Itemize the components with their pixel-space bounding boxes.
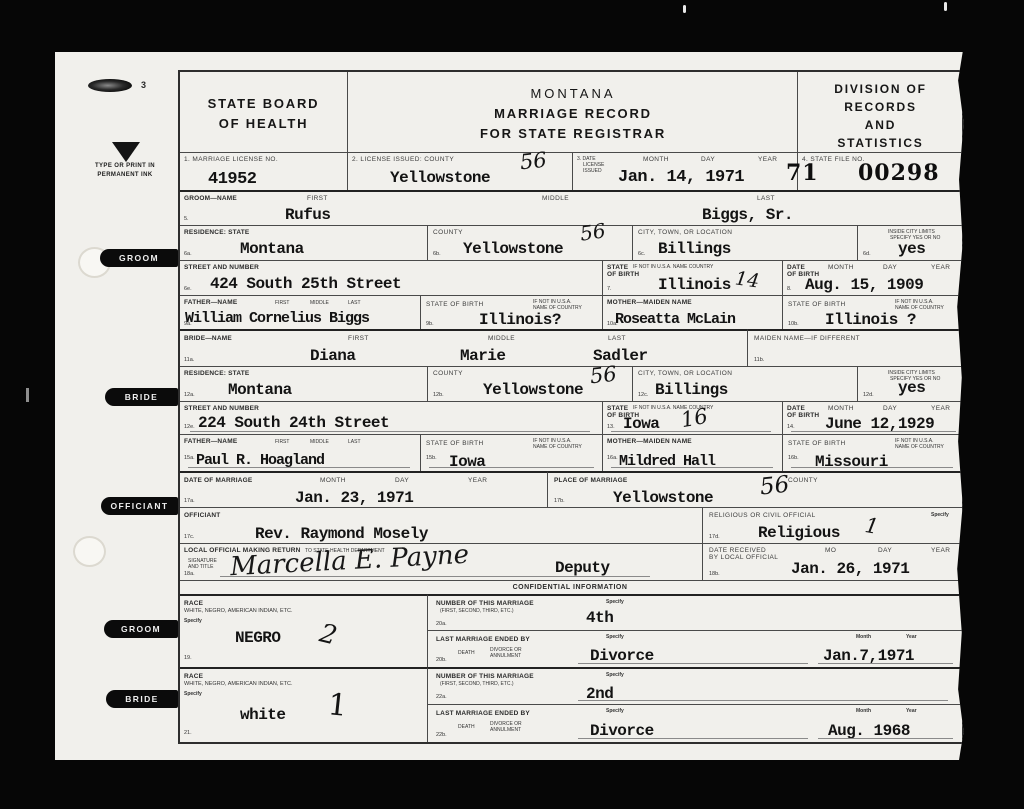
bride-last-name: Sadler xyxy=(593,348,648,364)
header-division: DIVISION OF RECORDS AND STATISTICS xyxy=(797,72,962,152)
specify-label: Specify xyxy=(606,599,624,605)
official-title-value: Deputy xyxy=(555,560,610,576)
specify-label: Specify xyxy=(606,634,624,640)
last-label: LAST xyxy=(608,335,626,342)
groom-county-hand-code: 56 xyxy=(579,220,607,243)
mother-label: MOTHER—MAIDEN NAME xyxy=(607,438,692,445)
field-number: 18b. xyxy=(709,571,720,577)
specify-label: Specify xyxy=(606,672,624,678)
field-number: 18a. xyxy=(184,571,195,577)
tab-officiant: OFFICIANT xyxy=(101,497,178,515)
field-bride-mother: MOTHER—MAIDEN NAME 16a. Mildred Hall xyxy=(602,434,782,471)
bride-dob-value: June 12,1929 xyxy=(825,416,934,432)
groom-ended-date-value: Jan.7,1971 xyxy=(823,648,914,664)
field-number: 5. xyxy=(184,216,189,222)
bride-residence-county: Yellowstone xyxy=(483,382,583,398)
groom-race-value: NEGRO xyxy=(235,630,281,646)
bride-race-value: white xyxy=(240,707,286,723)
field-number: 19. xyxy=(184,655,192,661)
race-sublabel: WHITE, NEGRO, AMERICAN INDIAN, ETC. xyxy=(184,608,292,615)
bride-sob-hand-code: 16 xyxy=(679,406,709,431)
day-label: DAY xyxy=(883,264,897,271)
field-bride-name: BRIDE—NAME FIRST MIDDLE LAST 11a. Diana … xyxy=(180,329,747,366)
groom-race-hand-code: 2 xyxy=(317,620,339,649)
field-bride-race: RACE WHITE, NEGRO, AMERICAN INDIAN, ETC.… xyxy=(180,667,427,742)
field-number: 11b. xyxy=(754,357,764,363)
title-marriage-record: MARRIAGE RECORD xyxy=(494,106,652,121)
groom-sob-hand-code: 14 xyxy=(734,269,761,291)
first-label: FIRST xyxy=(307,195,328,202)
field-groom-city-limits: INSIDE CITY LIMITS SPECIFY YES OR NO 6d.… xyxy=(857,225,962,260)
groom-residence-county: Yellowstone xyxy=(463,241,563,257)
usa-country-label: IF NOT IN U.S.A. NAME COUNTRY xyxy=(633,264,713,270)
field-number: 14. xyxy=(787,424,795,430)
tab-bride-stats: BRIDE xyxy=(106,690,178,708)
groom-city-limits-value: yes xyxy=(898,241,925,257)
field-groom-father: FATHER—NAME FIRST MIDDLE LAST 9a. Willia… xyxy=(180,295,420,329)
bride-city-limits-value: yes xyxy=(898,380,925,396)
street-label: STREET AND NUMBER xyxy=(184,264,259,271)
field-bride-father-birth: STATE OF BIRTH IF NOT IN U.S.A. NAME OF … xyxy=(420,434,602,471)
marriage-date-value: Jan. 23, 1971 xyxy=(295,490,413,506)
last-label: LAST xyxy=(348,300,361,306)
license-date-value: Jan. 14, 1971 xyxy=(618,169,744,186)
of-birth-label: OF BIRTH xyxy=(607,271,639,278)
state-file-value-prefix: 71 xyxy=(786,162,819,184)
year-label: YEAR xyxy=(758,156,777,163)
groom-dob-value: Aug. 15, 1909 xyxy=(805,277,923,293)
field-bride-residence-county: COUNTY 12b. Yellowstone 56 xyxy=(427,366,632,401)
religious-label: RELIGIOUS OR CIVIL OFFICIAL xyxy=(709,512,816,519)
bride-middle-name: Marie xyxy=(460,348,506,364)
field-groom-street: STREET AND NUMBER 6e. 424 South 25th Str… xyxy=(180,260,602,295)
board-line2: OF HEALTH xyxy=(219,116,309,131)
city-label: CITY, TOWN, OR LOCATION xyxy=(638,370,732,377)
day-label: DAY xyxy=(883,405,897,412)
field-number: 6a. xyxy=(184,251,192,257)
residence-state-label: RESIDENCE: STATE xyxy=(184,229,249,236)
field-marriage-date: DATE OF MARRIAGE MONTH DAY YEAR 17a. Jan… xyxy=(180,471,547,507)
field-number: 22b. xyxy=(436,732,447,738)
license-issued-value: Yellowstone xyxy=(390,170,490,186)
license-issued-hand-code: 56 xyxy=(519,150,548,174)
field-groom-residence-state: RESIDENCE: STATE 6a. Montana xyxy=(180,225,427,260)
divorce-label2: ANNULMENT xyxy=(490,653,521,659)
license-issued-label: 2. LICENSE ISSUED: COUNTY xyxy=(352,156,454,163)
field-number: 9b. xyxy=(426,321,434,327)
county-label: COUNTY xyxy=(433,229,463,236)
groom-mother-name: Roseatta McLain xyxy=(615,312,735,327)
field-number: 12e. xyxy=(184,424,195,430)
specify-label: Specify xyxy=(931,512,949,518)
middle-label: MIDDLE xyxy=(542,195,569,202)
field-bride-street: STREET AND NUMBER 12e. 224 South 24th St… xyxy=(180,401,602,434)
field-number: 22a. xyxy=(436,694,447,700)
bride-county-hand-code: 56 xyxy=(589,364,618,388)
residence-state-label: RESIDENCE: STATE xyxy=(184,370,249,377)
city-label: CITY, TOWN, OR LOCATION xyxy=(638,229,732,236)
of-birth-label: OF BIRTH xyxy=(787,412,819,419)
field-number: 6d. xyxy=(863,251,871,257)
field-bride-city-limits: INSIDE CITY LIMITS SPECIFY YES OR NO 12d… xyxy=(857,366,962,401)
state-of-birth-label: STATE OF BIRTH xyxy=(426,301,484,308)
field-number: 17c. xyxy=(184,534,194,540)
field-groom-last-marriage-ended: LAST MARRIAGE ENDED BY DEATH DIVORCE OR … xyxy=(427,630,962,667)
bride-first-name: Diana xyxy=(310,348,356,364)
tab-groom-stats: GROOM xyxy=(104,620,178,638)
field-number: 13. xyxy=(607,424,615,430)
confidential-label: CONFIDENTIAL INFORMATION xyxy=(480,584,660,592)
groom-mother-birth-state: Illinois ? xyxy=(825,312,916,328)
confidential-strip: CONFIDENTIAL INFORMATION xyxy=(180,580,962,594)
field-state-file-no: 4. STATE FILE NO. 71 00298 xyxy=(797,152,962,190)
ended-by-label: LAST MARRIAGE ENDED BY xyxy=(436,636,530,643)
field-number: 17b. xyxy=(554,498,565,504)
title-for-registrar: FOR STATE REGISTRAR xyxy=(480,126,666,141)
officiant-value: Rev. Raymond Mosely xyxy=(255,526,428,542)
religious-hand-code: 1 xyxy=(863,515,880,538)
film-speck xyxy=(944,2,947,11)
field-bride-dob: DATE MONTH DAY YEAR OF BIRTH June 12,192… xyxy=(782,401,962,434)
field-religious-or-civil: RELIGIOUS OR CIVIL OFFICIAL Specify 17d.… xyxy=(702,507,962,543)
specify-label: Specify xyxy=(184,618,202,624)
religious-value: Religious xyxy=(758,525,840,541)
field-bride-mother-birth: STATE OF BIRTH IF NOT IN U.S.A. NAME OF … xyxy=(782,434,962,471)
year-label: Year xyxy=(906,708,917,714)
street-label: STREET AND NUMBER xyxy=(184,405,259,412)
year-label: Year xyxy=(906,634,917,640)
specify-label: Specify xyxy=(184,691,202,697)
specify-label: Specify xyxy=(606,708,624,714)
ended-by-label: LAST MARRIAGE ENDED BY xyxy=(436,710,530,717)
first-label: FIRST xyxy=(348,335,369,342)
groom-marriage-number-value: 4th xyxy=(586,610,613,626)
marriage-number-label: NUMBER OF THIS MARRIAGE xyxy=(436,600,534,607)
bride-state-of-birth: Iowa xyxy=(623,416,659,432)
race-label: RACE xyxy=(184,600,203,607)
signature-label2: AND TITLE xyxy=(188,564,213,570)
field-groom-race: RACE WHITE, NEGRO, AMERICAN INDIAN, ETC.… xyxy=(180,594,427,667)
field-groom-marriage-number: NUMBER OF THIS MARRIAGE (FIRST, SECOND, … xyxy=(427,594,962,630)
last-label: LAST xyxy=(348,439,361,445)
field-bride-residence-city: CITY, TOWN, OR LOCATION 12c. Billings xyxy=(632,366,857,401)
field-groom-residence-city: CITY, TOWN, OR LOCATION 6c. Billings xyxy=(632,225,857,260)
field-groom-mother-birth: STATE OF BIRTH IF NOT IN U.S.A. NAME OF … xyxy=(782,295,962,329)
father-label: FATHER—NAME xyxy=(184,438,237,445)
field-number: 6c. xyxy=(638,251,645,257)
groom-street-value: 424 South 25th Street xyxy=(210,276,401,292)
marriage-place-label: PLACE OF MARRIAGE xyxy=(554,477,627,484)
field-number: 17a. xyxy=(184,498,195,504)
field-number: 12a. xyxy=(184,392,195,398)
bride-ended-date-value: Aug. 1968 xyxy=(828,723,910,739)
race-sublabel: WHITE, NEGRO, AMERICAN INDIAN, ETC. xyxy=(184,681,292,688)
field-groom-residence-county: COUNTY 6b. Yellowstone 56 xyxy=(427,225,632,260)
race-label: RACE xyxy=(184,673,203,680)
marriage-number-label: NUMBER OF THIS MARRIAGE xyxy=(436,673,534,680)
field-officiant: OFFICIANT 17c. Rev. Raymond Mosely xyxy=(180,507,702,543)
usa-label2: NAME OF COUNTRY xyxy=(533,444,582,450)
field-number: 8. xyxy=(787,286,792,292)
state-of-birth-label: STATE OF BIRTH xyxy=(788,440,846,447)
field-license-date: 3. DATE LICENSE ISSUED MONTH DAY YEAR Ja… xyxy=(572,152,797,190)
field-number: 7. xyxy=(607,286,612,292)
field-number: 11a. xyxy=(184,357,194,363)
field-bride-father: FATHER—NAME FIRST MIDDLE LAST 15a. Paul … xyxy=(180,434,420,471)
field-number: 6b. xyxy=(433,251,441,257)
bride-street-value: 224 South 24th Street xyxy=(198,415,389,431)
license-no-label: 1. MARRIAGE LICENSE NO. xyxy=(184,156,278,163)
film-speck xyxy=(683,5,686,13)
tab-groom: GROOM xyxy=(100,249,178,267)
marriage-number-sublabel: (FIRST, SECOND, THIRD, ETC.) xyxy=(440,608,514,614)
field-bride-last-marriage-ended: LAST MARRIAGE ENDED BY DEATH DIVORCE OR … xyxy=(427,704,962,742)
marriage-number-sublabel: (FIRST, SECOND, THIRD, ETC.) xyxy=(440,681,514,687)
groom-residence-state: Montana xyxy=(240,241,304,257)
last-label: LAST xyxy=(757,195,775,202)
date-received-label2: BY LOCAL OFFICIAL xyxy=(709,554,778,561)
field-license-issued-county: 2. LICENSE ISSUED: COUNTY Yellowstone 56 xyxy=(347,152,572,190)
title-montana: MONTANA xyxy=(530,86,615,101)
month-label: Month xyxy=(856,708,871,714)
field-number: 21. xyxy=(184,730,192,736)
death-label: DEATH xyxy=(458,650,475,656)
bride-name-label: BRIDE—NAME xyxy=(184,335,232,342)
groom-last-name: Biggs, Sr. xyxy=(702,207,793,223)
day-label: DAY xyxy=(395,477,409,484)
groom-name-label: GROOM—NAME xyxy=(184,195,237,202)
groom-first-name: Rufus xyxy=(285,207,331,223)
father-label: FATHER—NAME xyxy=(184,299,237,306)
field-number: 16a. xyxy=(607,455,618,461)
field-groom-name: GROOM—NAME FIRST MIDDLE LAST 5. Rufus Bi… xyxy=(180,190,962,225)
mo-label: MO xyxy=(825,547,836,554)
field-number: 6e. xyxy=(184,286,192,292)
death-label: DEATH xyxy=(458,724,475,730)
year-label: YEAR xyxy=(931,264,950,271)
division-line4: STATISTICS xyxy=(837,136,923,150)
middle-label: MIDDLE xyxy=(310,439,329,445)
bride-race-hand-code: 1 xyxy=(326,690,348,722)
field-bride-state-of-birth: STATE IF NOT IN U.S.A. NAME COUNTRY OF B… xyxy=(602,401,782,434)
division-line3: AND xyxy=(865,118,896,132)
middle-label: MIDDLE xyxy=(310,300,329,306)
frame-number: 3 xyxy=(141,80,146,90)
marriage-record-form: STATE BOARD OF HEALTH MONTANA MARRIAGE R… xyxy=(178,70,964,744)
board-line1: STATE BOARD xyxy=(208,96,320,111)
middle-label: MIDDLE xyxy=(488,335,515,342)
pointer-triangle-icon xyxy=(112,142,140,162)
microfilm-frame: { "film": { "frame_mark": "3" }, "margin… xyxy=(0,0,1024,809)
license-no-value: 41952 xyxy=(208,171,257,188)
field-bride-marriage-number: NUMBER OF THIS MARRIAGE (FIRST, SECOND, … xyxy=(427,667,962,704)
field-number: 15b. xyxy=(426,455,437,461)
ink-instruction-line1: TYPE OR PRINT IN xyxy=(95,163,155,169)
field-groom-dob: DATE MONTH DAY YEAR OF BIRTH 8. Aug. 15,… xyxy=(782,260,962,295)
groom-father-birth-state: Illinois? xyxy=(479,312,561,328)
mother-label: MOTHER—MAIDEN NAME xyxy=(607,299,692,306)
groom-residence-city: Billings xyxy=(658,241,731,257)
field-number: 12b. xyxy=(433,392,444,398)
county-label: COUNTY xyxy=(788,477,818,484)
field-number: 15a. xyxy=(184,455,195,461)
field-number: 12c. xyxy=(638,392,648,398)
header-title: MONTANA MARRIAGE RECORD FOR STATE REGIST… xyxy=(347,72,797,152)
month-label: Month xyxy=(856,634,871,640)
marriage-date-label: DATE OF MARRIAGE xyxy=(184,477,252,484)
field-marriage-place: PLACE OF MARRIAGE COUNTY 17b. Yellowston… xyxy=(547,471,962,507)
month-label: MONTH xyxy=(643,156,669,163)
field-bride-residence-state: RESIDENCE: STATE 12a. Montana xyxy=(180,366,427,401)
usa-label2: NAME OF COUNTRY xyxy=(895,444,944,450)
state-of-birth-label: STATE OF BIRTH xyxy=(788,301,846,308)
division-line2: RECORDS xyxy=(844,100,917,114)
bride-residence-city: Billings xyxy=(655,382,728,398)
marriage-place-value: Yellowstone xyxy=(613,490,713,506)
field-license-no: 1. MARRIAGE LICENSE NO. 41952 xyxy=(180,152,347,190)
day-label: DAY xyxy=(878,547,892,554)
field-number: 20b. xyxy=(436,657,447,663)
year-label: YEAR xyxy=(931,405,950,412)
document-paper: 3 TYPE OR PRINT IN PERMANENT INK GROOM B… xyxy=(55,52,970,760)
field-number: 17d. xyxy=(709,534,720,540)
county-label: COUNTY xyxy=(433,370,463,377)
groom-state-of-birth: Illinois xyxy=(658,277,731,293)
first-label: FIRST xyxy=(275,300,289,306)
field-number: 20a. xyxy=(436,621,447,627)
groom-father-name: William Cornelius Biggs xyxy=(185,311,369,326)
maiden-name-label: MAIDEN NAME—IF DIFFERENT xyxy=(754,335,860,342)
division-line1: DIVISION OF xyxy=(834,82,926,96)
month-label: MONTH xyxy=(828,264,854,271)
day-label: DAY xyxy=(701,156,715,163)
state-file-value: 00298 xyxy=(858,162,940,184)
field-number: 16b. xyxy=(788,455,799,461)
bride-residence-state: Montana xyxy=(228,382,292,398)
groom-ended-by-value: Divorce xyxy=(590,648,654,664)
ink-instruction: TYPE OR PRINT IN PERMANENT INK xyxy=(75,162,175,180)
field-number: 10b. xyxy=(788,321,799,327)
film-frame-stamp-icon xyxy=(88,79,132,92)
divorce-label2: ANNULMENT xyxy=(490,727,521,733)
month-label: MONTH xyxy=(320,477,346,484)
punch-hole xyxy=(73,536,106,567)
state-of-birth-label: STATE OF BIRTH xyxy=(426,440,484,447)
bride-ended-by-value: Divorce xyxy=(590,723,654,739)
first-label: FIRST xyxy=(275,439,289,445)
field-local-official: LOCAL OFFICIAL MAKING RETURN TO STATE HE… xyxy=(180,543,702,580)
date-received-value: Jan. 26, 1971 xyxy=(791,561,909,577)
license-date-label3: ISSUED xyxy=(583,168,602,174)
field-groom-father-birth: STATE OF BIRTH IF NOT IN U.S.A. NAME OF … xyxy=(420,295,602,329)
header-board: STATE BOARD OF HEALTH xyxy=(180,72,347,152)
bride-father-name: Paul R. Hoagland xyxy=(196,453,324,468)
field-groom-mother: MOTHER—MAIDEN NAME 10a. Roseatta McLain xyxy=(602,295,782,329)
field-bride-maiden-name: MAIDEN NAME—IF DIFFERENT 11b. xyxy=(747,329,962,366)
field-number: 12d. xyxy=(863,392,874,398)
tab-bride: BRIDE xyxy=(105,388,178,406)
film-speck xyxy=(26,388,29,402)
officiant-label: OFFICIANT xyxy=(184,512,220,519)
marriage-place-hand-code: 56 xyxy=(759,474,791,500)
year-label: YEAR xyxy=(931,547,950,554)
month-label: MONTH xyxy=(828,405,854,412)
year-label: YEAR xyxy=(468,477,487,484)
ink-instruction-line2: PERMANENT INK xyxy=(97,172,152,178)
field-groom-state-of-birth: STATE IF NOT IN U.S.A. NAME COUNTRY OF B… xyxy=(602,260,782,295)
field-date-received: DATE RECEIVED BY LOCAL OFFICIAL MO DAY Y… xyxy=(702,543,962,580)
